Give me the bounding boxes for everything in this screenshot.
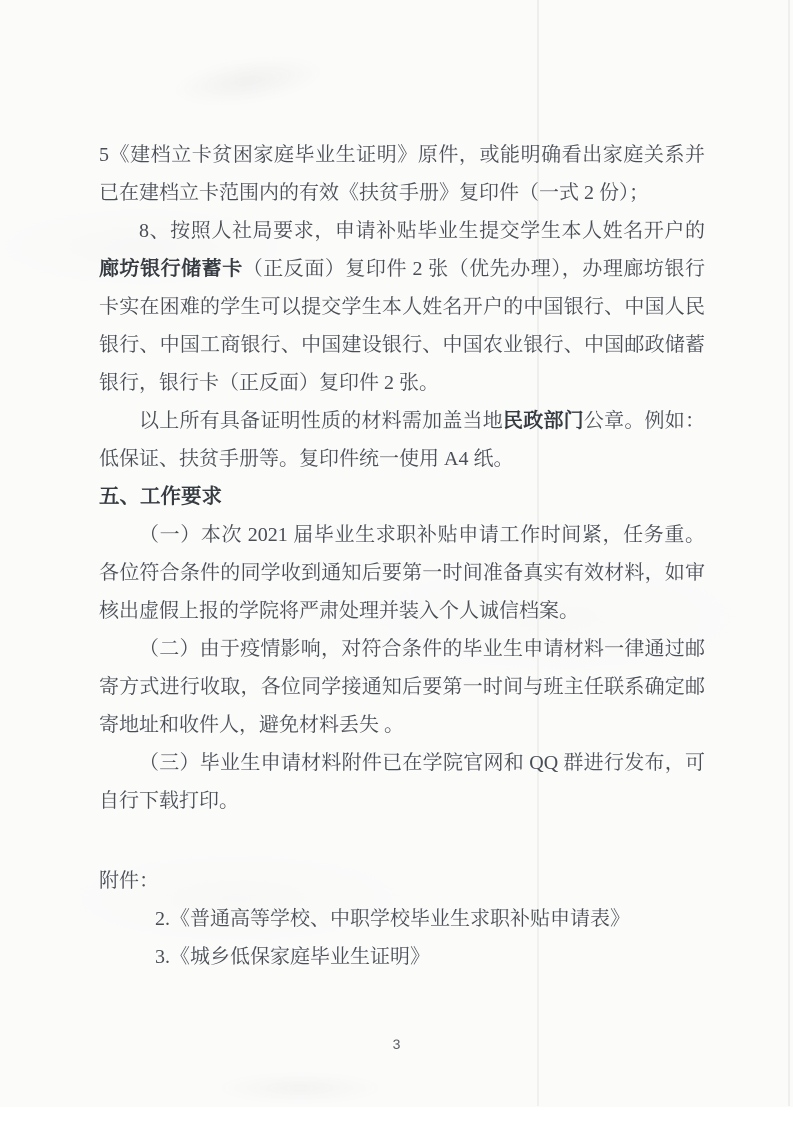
attachment-item-3: 3.《城乡低保家庭毕业生证明》 (99, 938, 705, 976)
continuation-paragraph-item5: 5《建档立卡贫困家庭毕业生证明》原件，或能明确看出家庭关系并已在建档立卡范围内的… (99, 136, 705, 212)
bold-emphasis: 五、工作要求 (99, 485, 222, 508)
section-heading-work-requirements: 五、工作要求 (99, 478, 705, 516)
paper-edge-line (788, 0, 790, 1106)
bold-emphasis: 廊坊银行储蓄卡 (99, 258, 243, 280)
scan-smudge-artifact (190, 1068, 410, 1108)
item-8-paragraph: 8、按照人社局要求，申请补贴毕业生提交学生本人姓名开户的廊坊银行储蓄卡（正反面）… (99, 212, 705, 402)
work-requirement-2: （二）由于疫情影响，对符合条件的毕业生申请材料一律通过邮寄方式进行收取，各位同学… (99, 630, 705, 744)
attachments-label: 附件： (99, 862, 705, 900)
work-requirement-3: （三）毕业生申请材料附件已在学院官网和 QQ 群进行发布，可自行下载打印。 (99, 744, 705, 820)
seal-requirement-paragraph: 以上所有具备证明性质的材料需加盖当地民政部门公章。例如：低保证、扶贫手册等。复印… (99, 402, 705, 478)
scan-smudge-artifact (145, 38, 351, 123)
scan-boundary (0, 1107, 793, 1123)
work-requirement-1: （一）本次 2021 届毕业生求职补贴申请工作时间紧，任务重。各位符合条件的同学… (99, 516, 705, 630)
scanned-page: 5《建档立卡贫困家庭毕业生证明》原件，或能明确看出家庭关系并已在建档立卡范围内的… (0, 0, 793, 1123)
document-body: 5《建档立卡贫困家庭毕业生证明》原件，或能明确看出家庭关系并已在建档立卡范围内的… (99, 136, 705, 976)
page-number: 3 (0, 1036, 793, 1052)
attachment-item-2: 2.《普通高等学校、中职学校毕业生求职补贴申请表》 (99, 900, 705, 938)
bold-emphasis: 民政部门 (503, 410, 584, 432)
